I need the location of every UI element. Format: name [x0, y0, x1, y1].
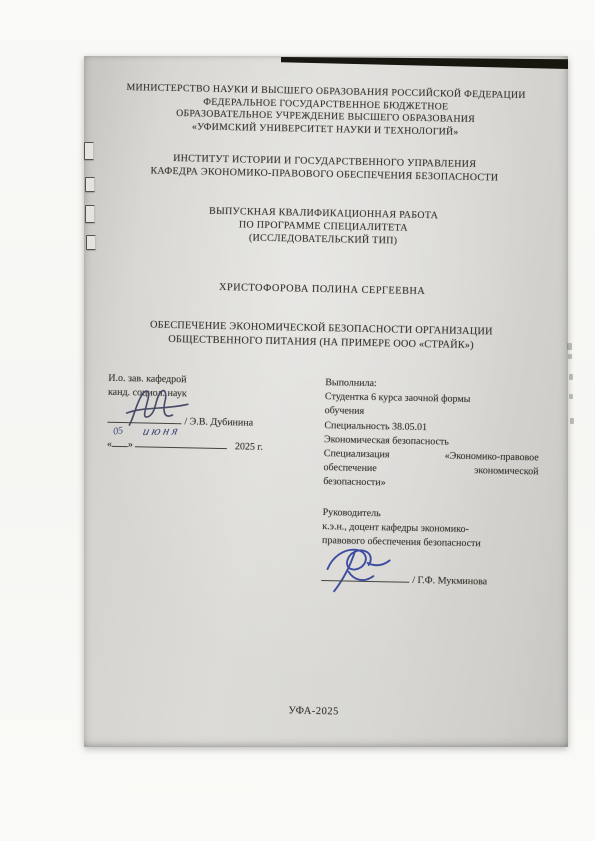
handwritten-month: июня	[142, 424, 182, 439]
signature-blank-line	[107, 412, 181, 424]
page-edge-artifact	[567, 343, 572, 350]
city-year: УФА-2025	[72, 701, 556, 723]
title-page-sheet: МИНИСТЕРСТВО НАУКИ И ВЫСШЕГО ОБРАЗОВАНИЯ…	[84, 56, 568, 747]
handwritten-day: 05	[112, 424, 124, 439]
ministry-header: МИНИСТЕРСТВО НАУКИ И ВЫСШЕГО ОБРАЗОВАНИЯ…	[83, 81, 568, 141]
approval-date-row: «05»июня2025 г.	[107, 436, 293, 456]
approver-degree: канд. социол. наук	[108, 386, 294, 404]
approver-signature-row: / Э.В. Дубинина	[107, 412, 293, 432]
page-edge-artifact	[570, 418, 574, 424]
institute-block: ИНСТИТУТ ИСТОРИИ И ГОСУДАРСТВЕННОГО УПРА…	[82, 151, 566, 186]
performer-column: Выполнила: Студентка 6 курса заочной фор…	[321, 376, 540, 591]
work-type-block: ВЫПУСКНАЯ КВАЛИФИКАЦИОННАЯ РАБОТА ПО ПРО…	[81, 202, 566, 251]
author-name: ХРИСТОФОРОВА ПОЛИНА СЕРГЕЕВНА	[80, 279, 564, 301]
approval-year: 2025 г.	[235, 441, 263, 453]
approver-signature-caption: / Э.В. Дубинина	[184, 416, 253, 428]
page-edge-artifact	[569, 374, 573, 380]
supervisor-degree-line: правового обеспечения безопасности	[322, 534, 537, 553]
signature-blank-line	[321, 570, 409, 583]
approval-and-performer-row: И.о. зав. кафедрой канд. социол. наук / …	[104, 372, 540, 591]
supervisor-signature-row: / Г.Ф. Мукминова	[321, 570, 536, 591]
month-blank-line: июня	[135, 436, 227, 449]
scanned-photo-background: МИНИСТЕРСТВО НАУКИ И ВЫСШЕГО ОБРАЗОВАНИЯ…	[0, 0, 595, 841]
day-blank-line: 05	[112, 436, 128, 447]
quote-close: »	[128, 439, 133, 450]
department-approval-column: И.о. зав. кафедрой канд. социол. наук / …	[107, 372, 295, 456]
supervisor-signature-caption: / Г.Ф. Мукминова	[412, 575, 487, 588]
page-edge-artifact	[569, 394, 573, 399]
thesis-title: ОБЕСПЕЧЕНИЕ ЭКОНОМИЧЕСКОЙ БЕЗОПАСНОСТИ О…	[107, 318, 535, 354]
page-edge-artifact	[568, 354, 572, 359]
page-content: МИНИСТЕРСТВО НАУКИ И ВЫСШЕГО ОБРАЗОВАНИЯ…	[71, 51, 569, 752]
